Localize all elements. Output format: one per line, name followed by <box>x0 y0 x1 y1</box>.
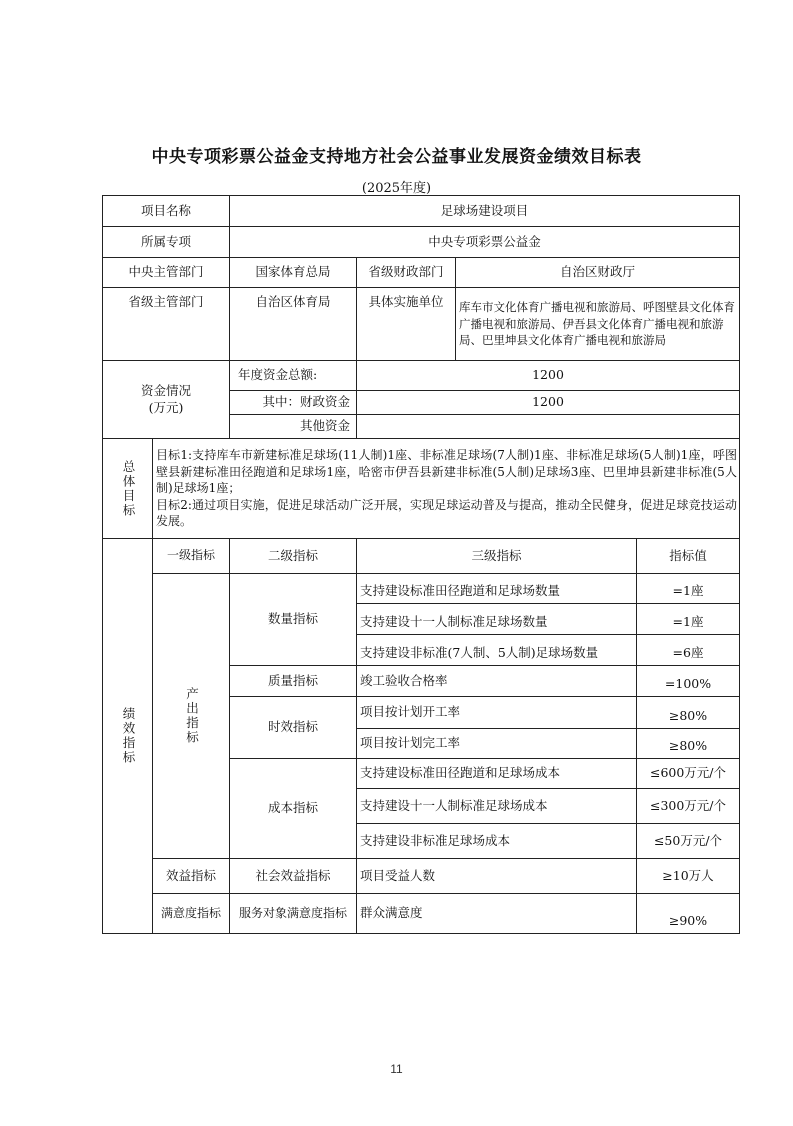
level2-quantity: 数量指标 <box>229 573 357 666</box>
central-dept-label: 中央主管部门 <box>102 257 230 288</box>
benefit-level1: 效益指标 <box>152 858 230 894</box>
goal-1: 目标1:支持库车市新建标准足球场(11人制)1座、非标准足球场(7人制)1座、非… <box>156 447 737 497</box>
funds-finance-value: 1200 <box>356 390 740 415</box>
level3-item: 支持建设标准田径跑道和足球场数量 <box>356 573 637 604</box>
level3-item: 竣工验收合格率 <box>356 665 637 697</box>
level2-quality: 质量指标 <box>229 665 357 697</box>
funds-total-value: 1200 <box>356 360 740 391</box>
special-label: 所属专项 <box>102 226 230 258</box>
output-indicator-cell: 产出指标 <box>152 573 230 859</box>
satisfaction-level1: 满意度指标 <box>152 893 230 934</box>
prov-finance-label: 省级财政部门 <box>356 257 456 288</box>
indicator-value: =100% <box>636 665 740 697</box>
impl-unit-label: 具体实施单位 <box>356 287 456 361</box>
level3-item: 支持建设十一人制标准足球场数量 <box>356 603 637 635</box>
prov-dept-label: 省级主管部门 <box>102 287 230 361</box>
satisfaction-level3: 群众满意度 <box>356 893 637 934</box>
satisfaction-value: ≥90% <box>636 893 740 934</box>
indicator-value: =6座 <box>636 634 740 666</box>
prov-dept-value: 自治区体育局 <box>229 287 357 361</box>
level2-cost: 成本指标 <box>229 758 357 859</box>
level3-item: 支持建设十一人制标准足球场成本 <box>356 788 637 824</box>
level3-item: 支持建设标准田径跑道和足球场成本 <box>356 758 637 789</box>
benefit-level3: 项目受益人数 <box>356 858 637 894</box>
level2-timeliness: 时效指标 <box>229 696 357 759</box>
performance-label-cell: 绩效指标 <box>102 538 153 934</box>
benefit-value: ≥10万人 <box>636 858 740 894</box>
project-name-value: 足球场建设项目 <box>229 195 740 227</box>
prov-finance-value: 自治区财政厅 <box>455 257 740 288</box>
indicator-value: =1座 <box>636 573 740 604</box>
indicator-value: ≤600万元/个 <box>636 758 740 789</box>
funds-total-label: 年度资金总额: <box>229 360 357 391</box>
document-subtitle: (2025年度) <box>0 177 793 196</box>
level3-item: 项目按计划完工率 <box>356 728 637 759</box>
header-level3: 三级指标 <box>356 538 637 574</box>
indicator-value: ≤50万元/个 <box>636 823 740 859</box>
indicator-value: ≥80% <box>636 696 740 729</box>
performance-label: 绩效指标 <box>119 707 136 765</box>
special-value: 中央专项彩票公益金 <box>229 226 740 258</box>
satisfaction-level2: 服务对象满意度指标 <box>229 893 357 934</box>
project-name-label: 项目名称 <box>102 195 230 227</box>
funds-other-value <box>356 414 740 439</box>
page-number: 11 <box>0 1062 793 1076</box>
funds-unit: (万元) <box>149 400 184 417</box>
header-value: 指标值 <box>636 538 740 574</box>
impl-unit-value: 库车市文化体育广播电视和旅游局、呼图壁县文化体育广播电视和旅游局、伊吾县文化体育… <box>455 287 740 361</box>
header-level1: 一级指标 <box>152 538 230 574</box>
funds-label: 资金情况 <box>141 383 191 400</box>
level3-item: 支持建设非标准(7人制、5人制)足球场数量 <box>356 634 637 666</box>
funds-label-cell: 资金情况 (万元) <box>102 360 230 439</box>
central-dept-value: 国家体育总局 <box>229 257 357 288</box>
goal-2: 目标2:通过项目实施，促进足球活动广泛开展，实现足球运动普及与提高，推动全民健身… <box>156 497 737 530</box>
header-level2: 二级指标 <box>229 538 357 574</box>
funds-other-label: 其他资金 <box>229 414 357 439</box>
overall-goal-label-cell: 总体目标 <box>102 438 153 539</box>
funds-finance-label: 其中：财政资金 <box>229 390 357 415</box>
indicator-value: ≤300万元/个 <box>636 788 740 824</box>
document-title: 中央专项彩票公益金支持地方社会公益事业发展资金绩效目标表 <box>0 142 793 167</box>
benefit-level2: 社会效益指标 <box>229 858 357 894</box>
overall-goal-text: 目标1:支持库车市新建标准足球场(11人制)1座、非标准足球场(7人制)1座、非… <box>152 438 740 539</box>
level3-item: 支持建设非标准足球场成本 <box>356 823 637 859</box>
overall-goal-label: 总体目标 <box>119 460 136 518</box>
output-indicator-label: 产出指标 <box>183 687 200 745</box>
indicator-value: =1座 <box>636 603 740 635</box>
level3-item: 项目按计划开工率 <box>356 696 637 729</box>
indicator-value: ≥80% <box>636 728 740 759</box>
